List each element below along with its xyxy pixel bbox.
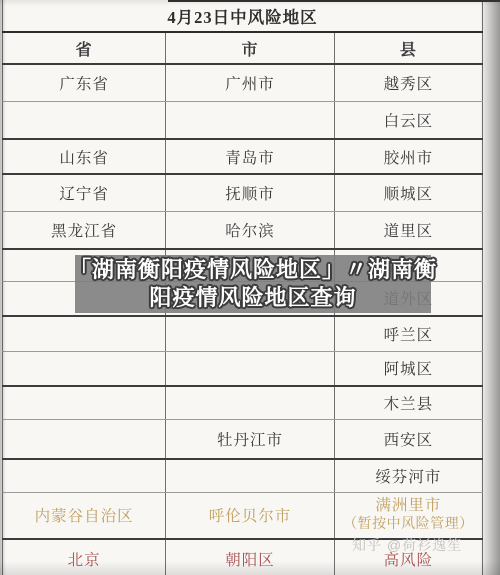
county-cell: 绥芬河市 — [334, 459, 482, 492]
province-cell: 辽宁省 — [3, 174, 166, 211]
table-title-row: 4月23日中风险地区 — [3, 0, 483, 32]
table-row: 白云区 — [3, 101, 483, 139]
table-row: 山东省青岛市胶州市 — [3, 139, 483, 174]
county-cell: 越秀区 — [334, 64, 482, 101]
caption-line-1: 「湖南衡阳疫情风险地区」〃湖南衡 — [69, 256, 437, 284]
header-cell-city: 市 — [166, 32, 334, 64]
caption-line-2: 阳疫情风险地区查询 — [149, 284, 356, 312]
city-cell: 朝阳区 — [166, 539, 334, 575]
table-row: 绥芬河市 — [3, 459, 483, 492]
county-cell: 满洲里市（暂按中风险管理） — [334, 492, 482, 539]
city-cell: 牡丹江市 — [166, 419, 334, 459]
province-cell — [3, 316, 166, 351]
province-cell: 广东省 — [3, 64, 166, 101]
county-cell: 胶州市 — [334, 139, 482, 174]
caption-overlay: 「湖南衡阳疫情风险地区」〃湖南衡 阳疫情风险地区查询 — [75, 255, 431, 313]
province-cell — [3, 101, 166, 139]
table-header-row: 省市县 — [3, 32, 483, 64]
county-note: （暂按中风险管理） — [335, 516, 482, 534]
city-cell: 抚顺市 — [166, 174, 334, 211]
city-cell — [166, 316, 334, 351]
header-cell-county: 县 — [334, 32, 482, 64]
city-cell: 哈尔滨 — [166, 211, 334, 249]
province-cell: 黑龙江省 — [3, 211, 166, 249]
province-cell — [3, 351, 166, 386]
table-row: 广东省广州市越秀区 — [3, 64, 483, 101]
county-cell: 阿城区 — [334, 351, 482, 386]
province-cell — [3, 419, 166, 459]
city-cell: 青岛市 — [166, 139, 334, 174]
province-cell — [3, 386, 166, 419]
county-cell: 木兰县 — [334, 386, 482, 419]
county-cell: 高风险 — [334, 539, 482, 575]
province-cell: 内蒙谷自治区 — [3, 492, 166, 539]
county-cell: 顺城区 — [334, 174, 482, 211]
province-cell: 北京 — [3, 539, 166, 575]
photo-top-edge — [168, 0, 500, 2]
province-cell — [3, 459, 166, 492]
city-cell — [166, 351, 334, 386]
table-title: 4月23日中风险地区 — [3, 0, 483, 32]
table-row: 牡丹江市西安区 — [3, 419, 483, 459]
city-cell: 呼伦贝尔市 — [166, 492, 334, 539]
table-row: 呼兰区 — [3, 316, 483, 351]
table-row: 黑龙江省哈尔滨道里区 — [3, 211, 483, 249]
table-row: 北京朝阳区高风险 — [3, 539, 483, 575]
county-name: 满洲里市 — [335, 496, 482, 516]
risk-table-photo: 4月23日中风险地区 省市县广东省广州市越秀区白云区山东省青岛市胶州市辽宁省抚顺… — [0, 0, 500, 575]
table-row: 木兰县 — [3, 386, 483, 419]
county-cell: 呼兰区 — [334, 316, 482, 351]
table-row: 辽宁省抚顺市顺城区 — [3, 174, 483, 211]
city-cell — [166, 386, 334, 419]
county-cell: 白云区 — [334, 101, 482, 139]
province-cell: 山东省 — [3, 139, 166, 174]
city-cell — [166, 101, 334, 139]
county-cell: 西安区 — [334, 419, 482, 459]
city-cell: 广州市 — [166, 64, 334, 101]
city-cell — [166, 459, 334, 492]
table-row: 阿城区 — [3, 351, 483, 386]
header-cell-province: 省 — [3, 32, 166, 64]
county-cell: 道里区 — [334, 211, 482, 249]
table-row: 内蒙谷自治区呼伦贝尔市满洲里市（暂按中风险管理） — [3, 492, 483, 539]
